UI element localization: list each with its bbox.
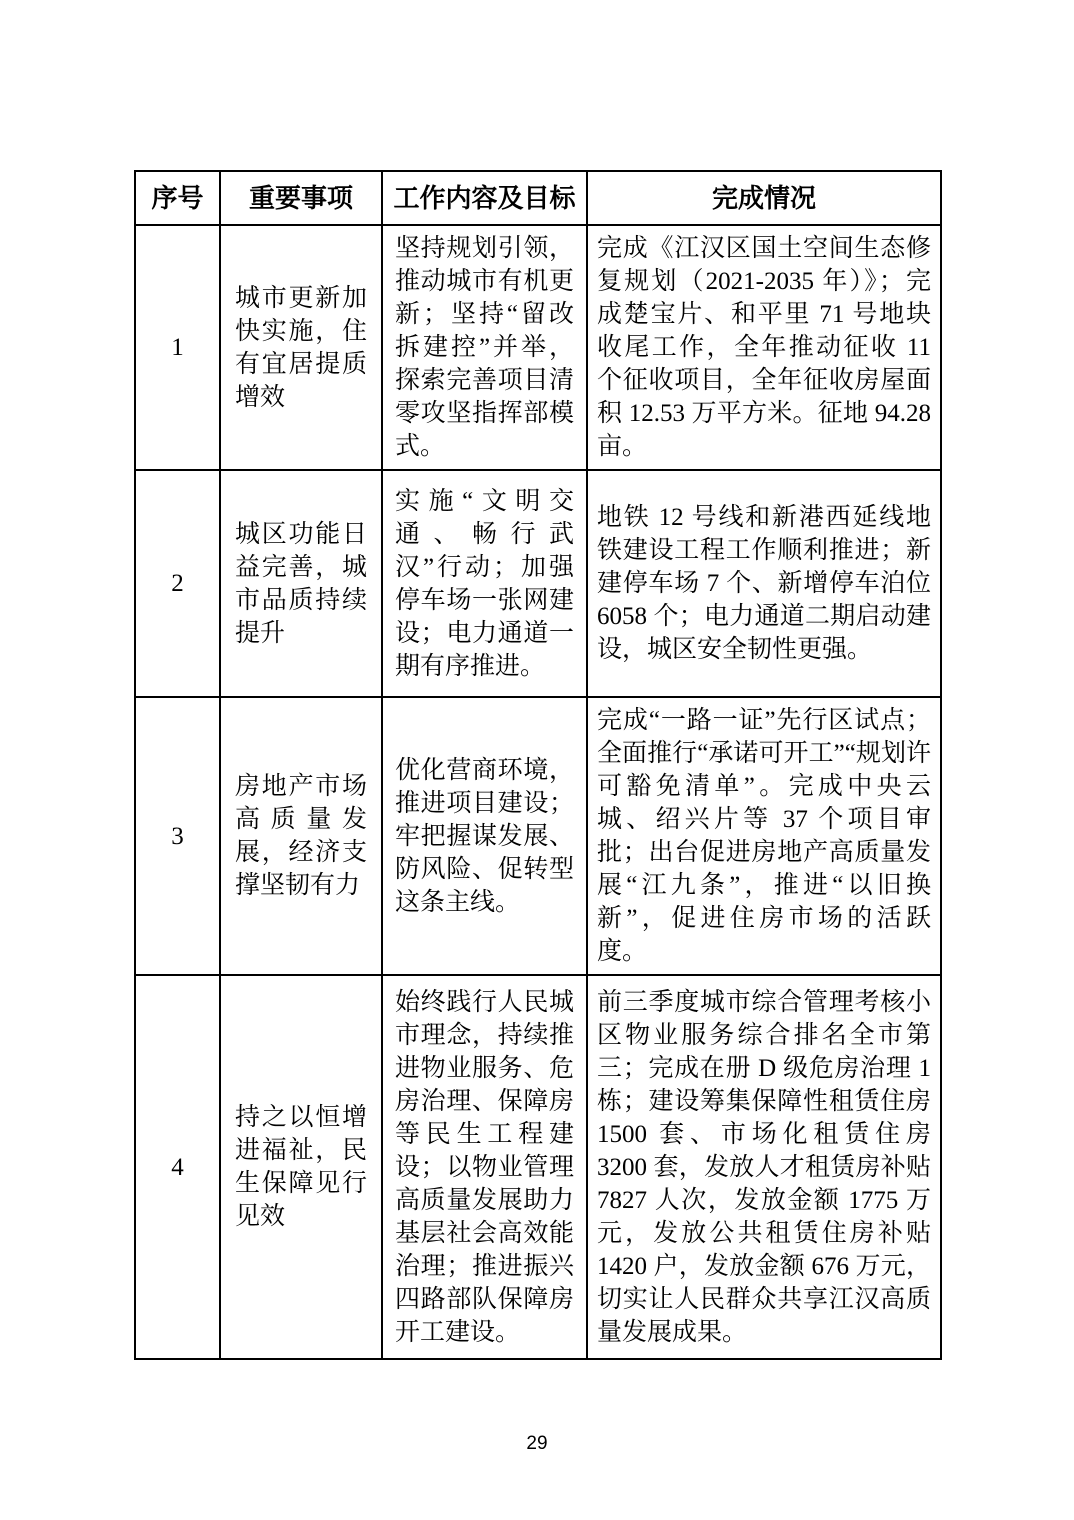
cell-serial-number: 1 [135,225,220,470]
table-header-row: 序号 重要事项 工作内容及目标 完成情况 [135,171,941,225]
cell-completion-status: 完成“一路一证”先行区试点；全面推行“承诺可开工”“规划许可豁免清单”。完成中央… [587,697,941,975]
cell-important-matter: 房地产市场高质量发展，经济支撑坚韧有力 [220,697,382,975]
cell-work-content-goal: 始终践行人民城市理念，持续推进物业服务、危房治理、保障房等民生工程建设；以物业管… [382,975,587,1359]
cell-important-matter: 城市更新加快实施，住有宜居提质增效 [220,225,382,470]
page-number: 29 [0,1432,1074,1456]
cell-completion-status: 地铁 12 号线和新港西延线地铁建设工程工作顺利推进；新建停车场 7 个、新增停… [587,470,941,697]
cell-serial-number: 4 [135,975,220,1359]
cell-work-content-goal: 优化营商环境，推进项目建设；牢把握谋发展、防风险、促转型这条主线。 [382,697,587,975]
cell-completion-status: 前三季度城市综合管理考核小区物业服务综合排名全市第三；完成在册 D 级危房治理 … [587,975,941,1359]
table-row: 1 城市更新加快实施，住有宜居提质增效 坚持规划引领，推动城市有机更新；坚持“留… [135,225,941,470]
header-important-matter: 重要事项 [220,171,382,225]
document-page: 序号 重要事项 工作内容及目标 完成情况 1 城市更新加快实施，住有宜居提质增效… [0,0,1074,1520]
cell-serial-number: 2 [135,470,220,697]
cell-completion-status: 完成《江汉区国土空间生态修复规划（2021-2035 年）》；完成楚宝片、和平里… [587,225,941,470]
table-row: 3 房地产市场高质量发展，经济支撑坚韧有力 优化营商环境，推进项目建设；牢把握谋… [135,697,941,975]
header-work-content-goal: 工作内容及目标 [382,171,587,225]
header-serial-number: 序号 [135,171,220,225]
table-row: 4 持之以恒增进福祉，民生保障见行见效 始终践行人民城市理念，持续推进物业服务、… [135,975,941,1359]
table-row: 2 城区功能日益完善，城市品质持续提升 实施“文明交通、畅行武汉”行动；加强停车… [135,470,941,697]
work-summary-table: 序号 重要事项 工作内容及目标 完成情况 1 城市更新加快实施，住有宜居提质增效… [134,170,942,1360]
cell-important-matter: 城区功能日益完善，城市品质持续提升 [220,470,382,697]
cell-serial-number: 3 [135,697,220,975]
cell-work-content-goal: 实施“文明交通、畅行武汉”行动；加强停车场一张网建设；电力通道一期有序推进。 [382,470,587,697]
cell-important-matter: 持之以恒增进福祉，民生保障见行见效 [220,975,382,1359]
header-completion-status: 完成情况 [587,171,941,225]
cell-work-content-goal: 坚持规划引领，推动城市有机更新；坚持“留改拆建控”并举，探索完善项目清零攻坚指挥… [382,225,587,470]
